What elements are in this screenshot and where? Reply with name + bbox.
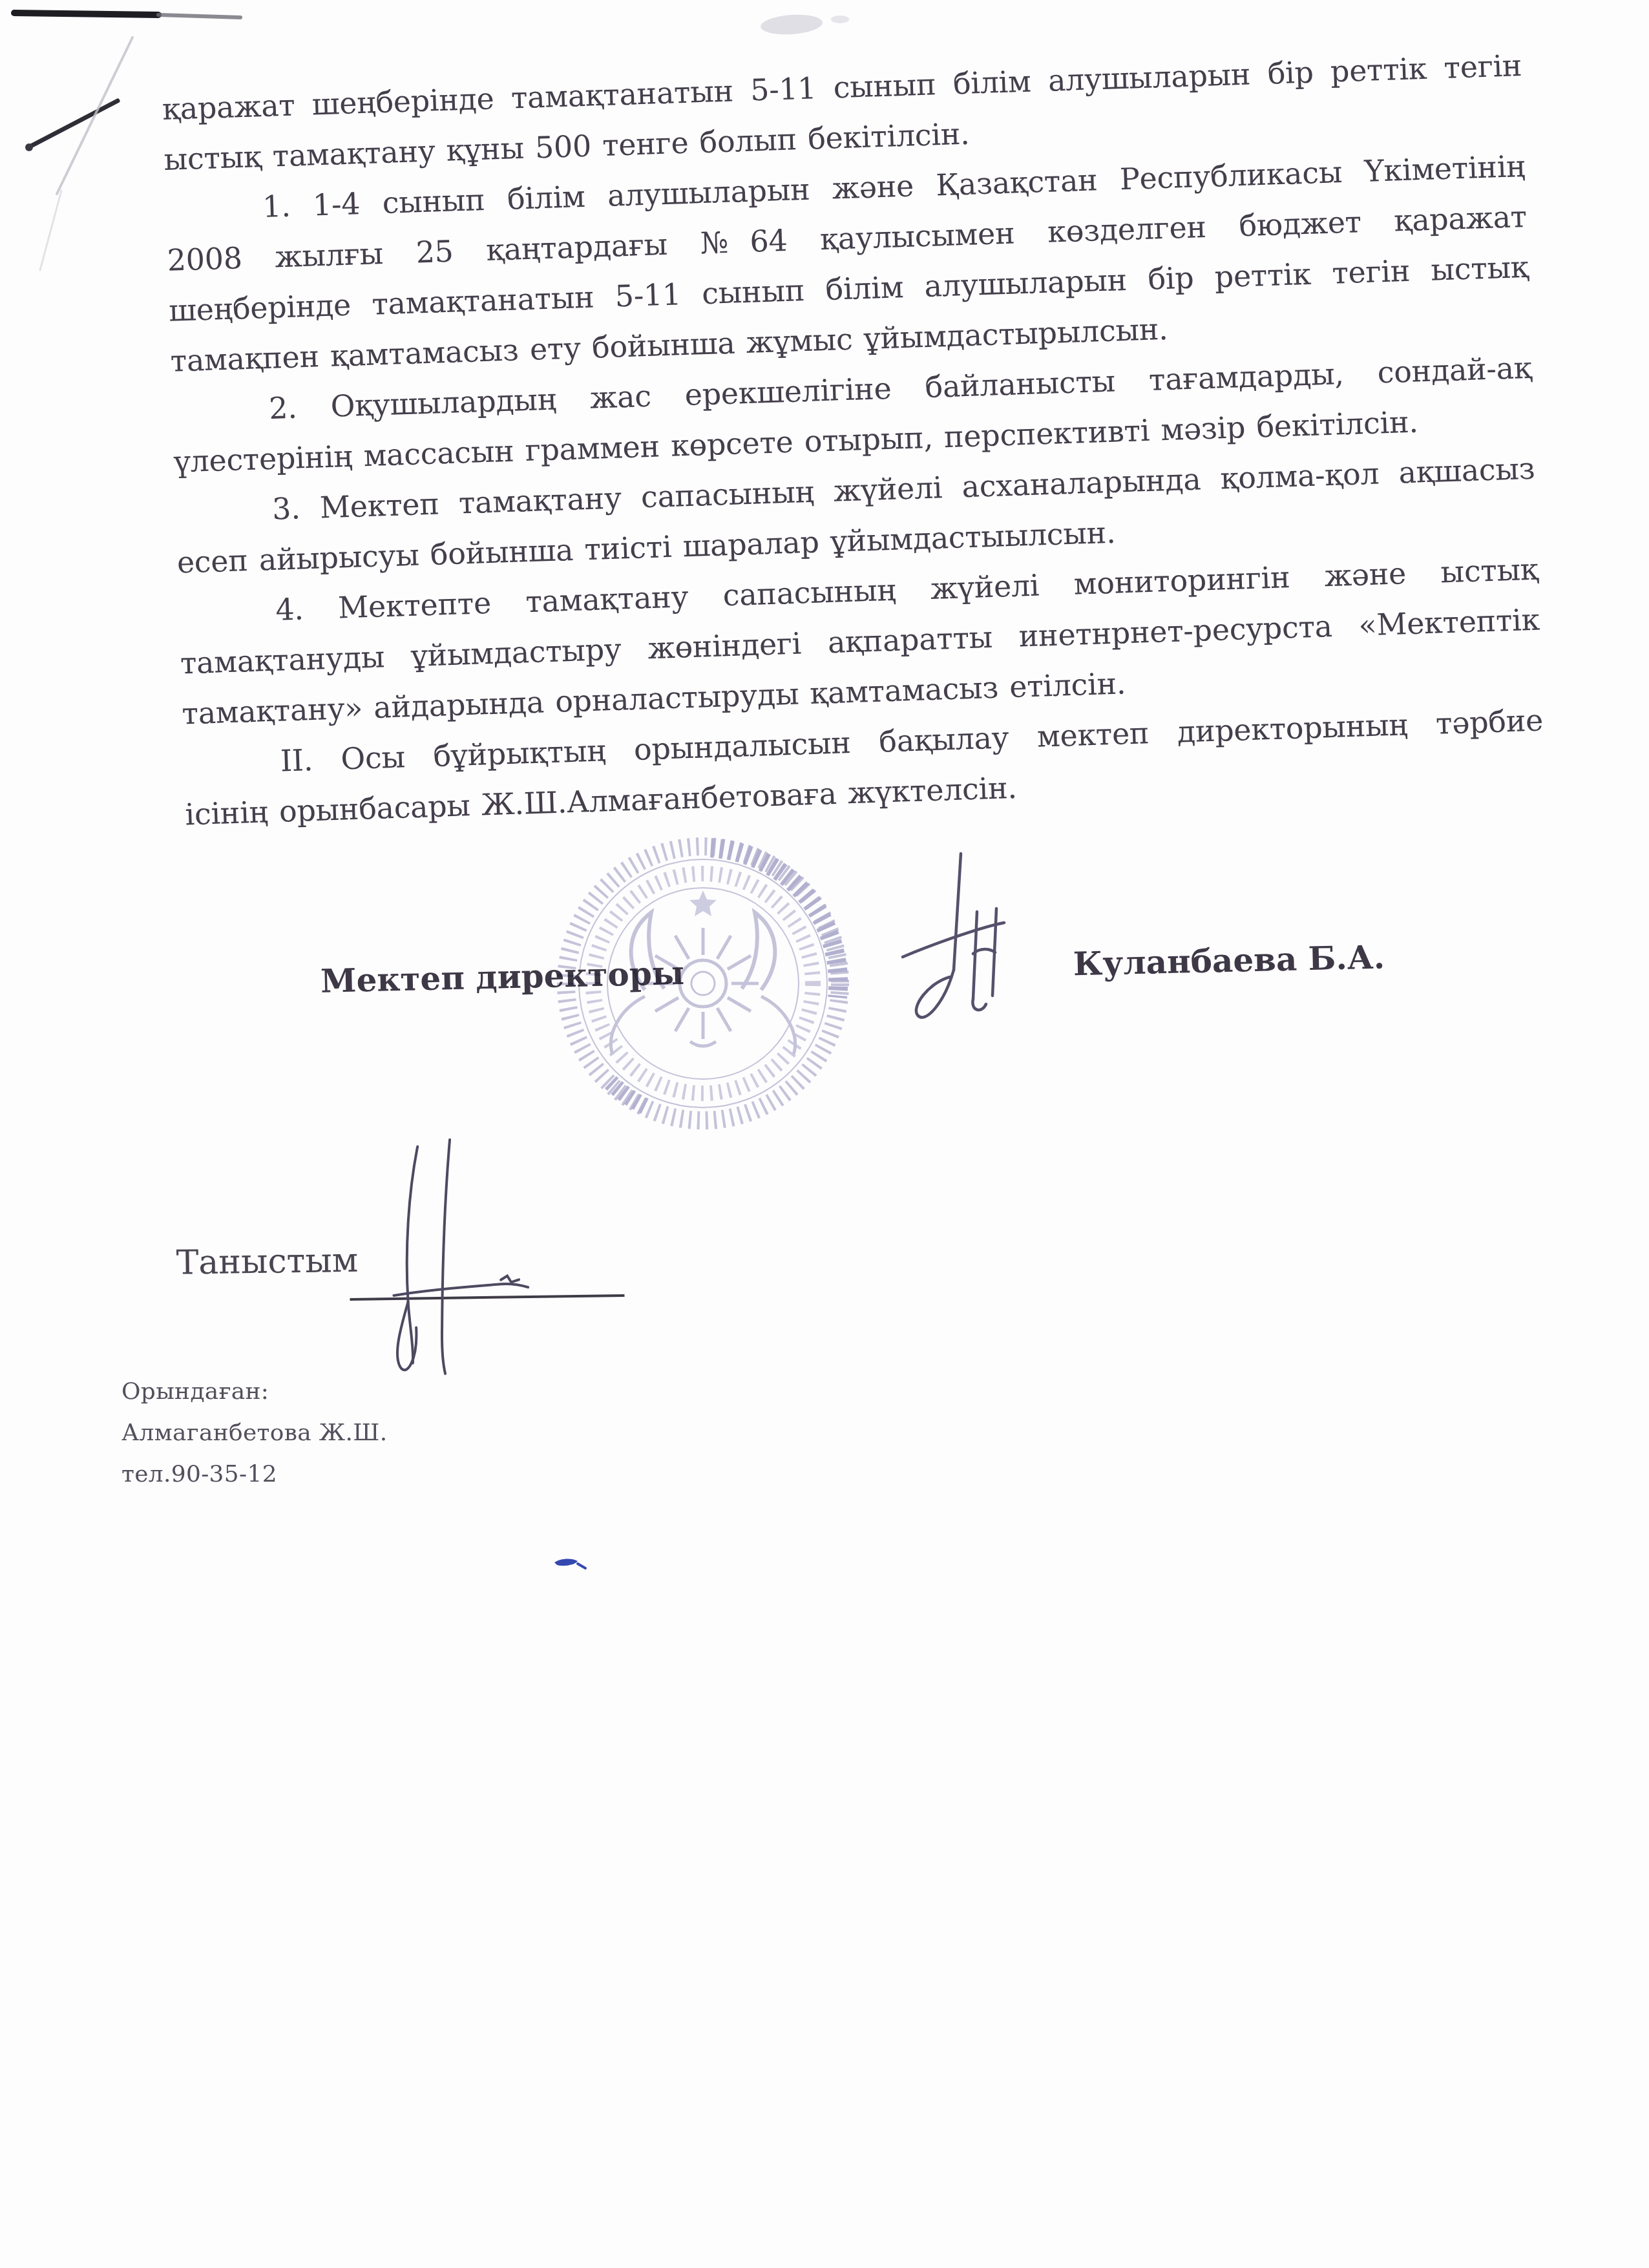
executor-phone: тел.90-35-12 xyxy=(121,1454,387,1495)
executor-block: Орындаған: Алмаганбетова Ж.Ш. тел.90-35-… xyxy=(121,1371,387,1495)
scanned-document-page: қаражат шеңберінде тамақтанатын 5-11 сын… xyxy=(0,0,1649,2268)
director-signature-ink xyxy=(899,850,1009,1038)
acknowledgment-signature-ink xyxy=(372,1132,530,1383)
scan-smudge xyxy=(831,16,849,23)
official-round-stamp-icon xyxy=(548,828,858,1139)
acknowledgment-label: Таныстым xyxy=(176,1241,358,1283)
document-body: қаражат шеңберінде тамақтанатын 5-11 сын… xyxy=(0,36,1649,845)
executor-name: Алмаганбетова Ж.Ш. xyxy=(121,1412,387,1454)
scan-smudge xyxy=(760,13,823,37)
scan-line-artifact xyxy=(158,15,240,17)
blue-ink-mark xyxy=(554,1559,585,1568)
director-name: Куланбаева Б.А. xyxy=(1073,938,1385,983)
executor-label: Орындаған: xyxy=(121,1371,387,1412)
scan-line-artifact xyxy=(14,13,158,15)
